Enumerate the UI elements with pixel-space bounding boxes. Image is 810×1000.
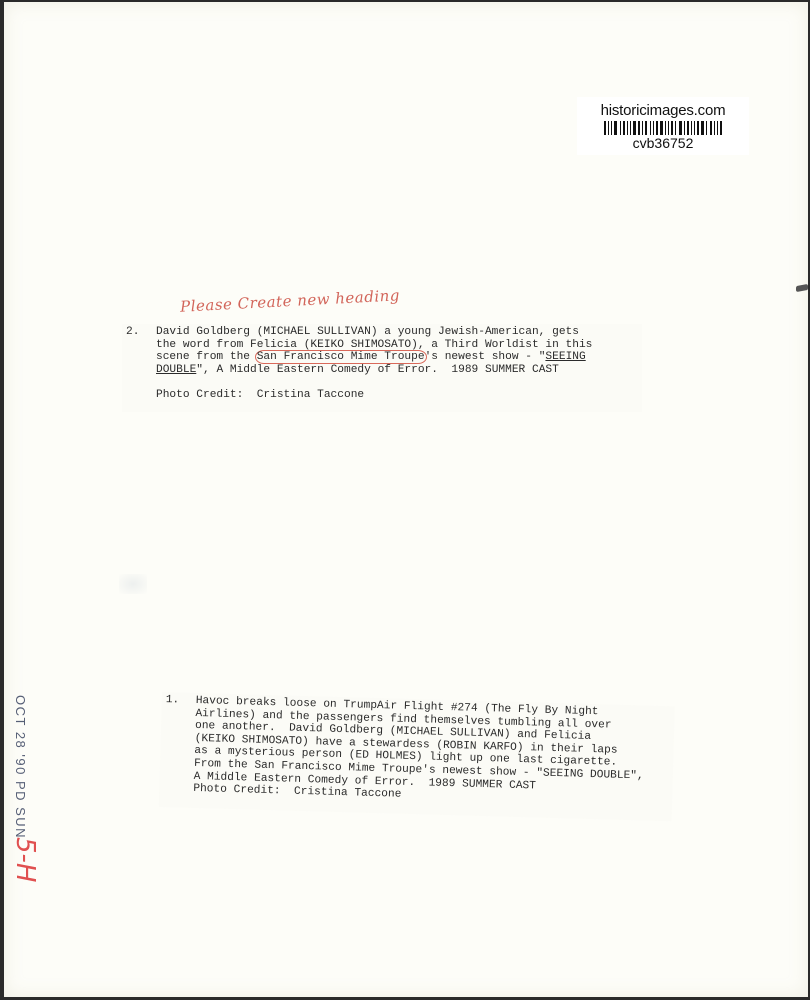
- caption-text: ", A Middle Eastern Comedy of Error. 198…: [196, 364, 559, 376]
- archive-site: historicimages.com: [577, 97, 749, 120]
- red-handwritten-mark: 5-H: [10, 837, 40, 882]
- archive-label: historicimages.com cvb36752: [577, 97, 749, 155]
- caption-text: 's newest show - ": [425, 351, 546, 363]
- caption-2: 2.David Goldberg (MICHAEL SULLIVAN) a yo…: [122, 324, 642, 412]
- caption-line: scene from the: [156, 351, 257, 363]
- show-title: DOUBLE: [156, 364, 196, 376]
- caption-line: David Goldberg (MICHAEL SULLIVAN) a youn…: [156, 326, 579, 338]
- caption-number: 2.: [126, 326, 156, 339]
- photo-back-paper: historicimages.com cvb36752 Please Creat…: [4, 2, 808, 997]
- circled-troupe-name: San Francisco Mime Troupe: [255, 350, 427, 364]
- paper-tab-mark: [796, 284, 808, 292]
- photo-credit: Photo Credit: Cristina Taccone: [156, 389, 364, 401]
- caption-line: the word from Felicia (KEIKO SHIMOSATO),…: [156, 339, 592, 351]
- handwritten-note: Please Create new heading: [180, 286, 401, 315]
- show-title: SEEING: [545, 351, 585, 363]
- archive-code: cvb36752: [577, 135, 749, 151]
- barcode-icon: [604, 121, 722, 135]
- smudge: [119, 574, 147, 594]
- date-stamp: OCT 28 '90 PD SUN: [13, 695, 28, 839]
- caption-number: 1.: [166, 694, 196, 707]
- caption-1: 1.Havoc breaks loose on TrumpAir Flight …: [159, 692, 675, 821]
